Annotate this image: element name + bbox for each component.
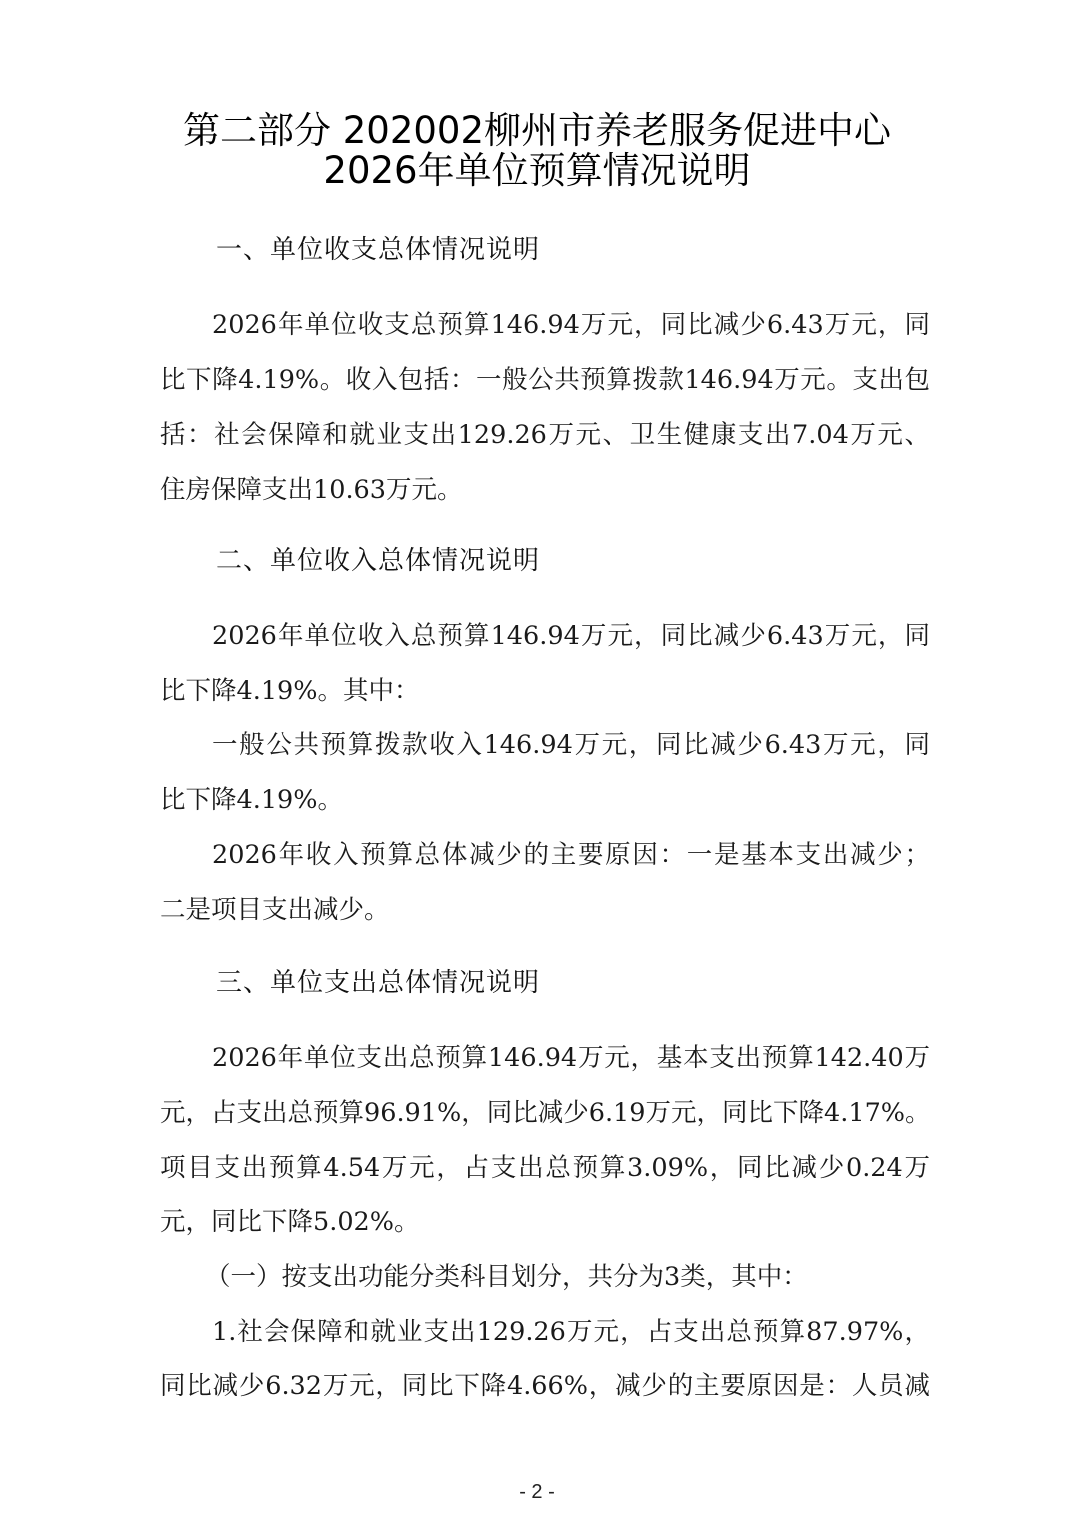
paragraph-line: 同比减少6.32万元，同比下降4.66%，减少的主要原因是：人员减 (160, 1374, 930, 1400)
paragraph-line: 1.社会保障和就业支出129.26万元，占支出总预算87.97%， (212, 1320, 930, 1346)
paragraph-line: 住房保障支出10.63万元。 (160, 478, 930, 504)
paragraph-line: 2026年收入预算总体减少的主要原因：一是基本支出减少； (212, 843, 930, 869)
paragraph-line: 元，占支出总预算96.91%，同比减少6.19万元，同比下降4.17%。 (160, 1101, 930, 1127)
paragraph-line: 2026年单位支出总预算146.94万元，基本支出预算142.40万 (212, 1046, 930, 1072)
section-heading-1: 一、单位收支总体情况说明 (216, 237, 540, 263)
document-page: 第二部分 202002柳州市养老服务促进中心 2026年单位预算情况说明 一、单… (0, 0, 1074, 1520)
document-title-line-1: 第二部分 202002柳州市养老服务促进中心 (0, 112, 1074, 149)
paragraph-line: 2026年单位收支总预算146.94万元，同比减少6.43万元，同 (212, 313, 930, 339)
paragraph-line: （一）按支出功能分类科目划分，共分为3类，其中： (205, 1265, 808, 1291)
section-heading-3: 三、单位支出总体情况说明 (216, 970, 540, 996)
paragraph-line: 元，同比下降5.02%。 (160, 1210, 930, 1236)
paragraph-line: 比下降4.19%。 (160, 788, 930, 814)
paragraph-line: 一般公共预算拨款收入146.94万元，同比减少6.43万元，同 (212, 733, 930, 759)
section-heading-2: 二、单位收入总体情况说明 (216, 548, 540, 574)
document-title-line-2: 2026年单位预算情况说明 (0, 152, 1074, 189)
paragraph-line: 2026年单位收入总预算146.94万元，同比减少6.43万元，同 (212, 624, 930, 650)
page-number: - 2 - (0, 1481, 1074, 1504)
paragraph-line: 比下降4.19%。其中： (160, 679, 930, 705)
paragraph-line: 括：社会保障和就业支出129.26万元、卫生健康支出7.04万元、 (160, 423, 930, 449)
paragraph-line: 二是项目支出减少。 (160, 898, 930, 924)
paragraph-line: 项目支出预算4.54万元，占支出总预算3.09%，同比减少0.24万 (160, 1156, 930, 1182)
paragraph-line: 比下降4.19%。收入包括：一般公共预算拨款146.94万元。支出包 (160, 368, 930, 394)
